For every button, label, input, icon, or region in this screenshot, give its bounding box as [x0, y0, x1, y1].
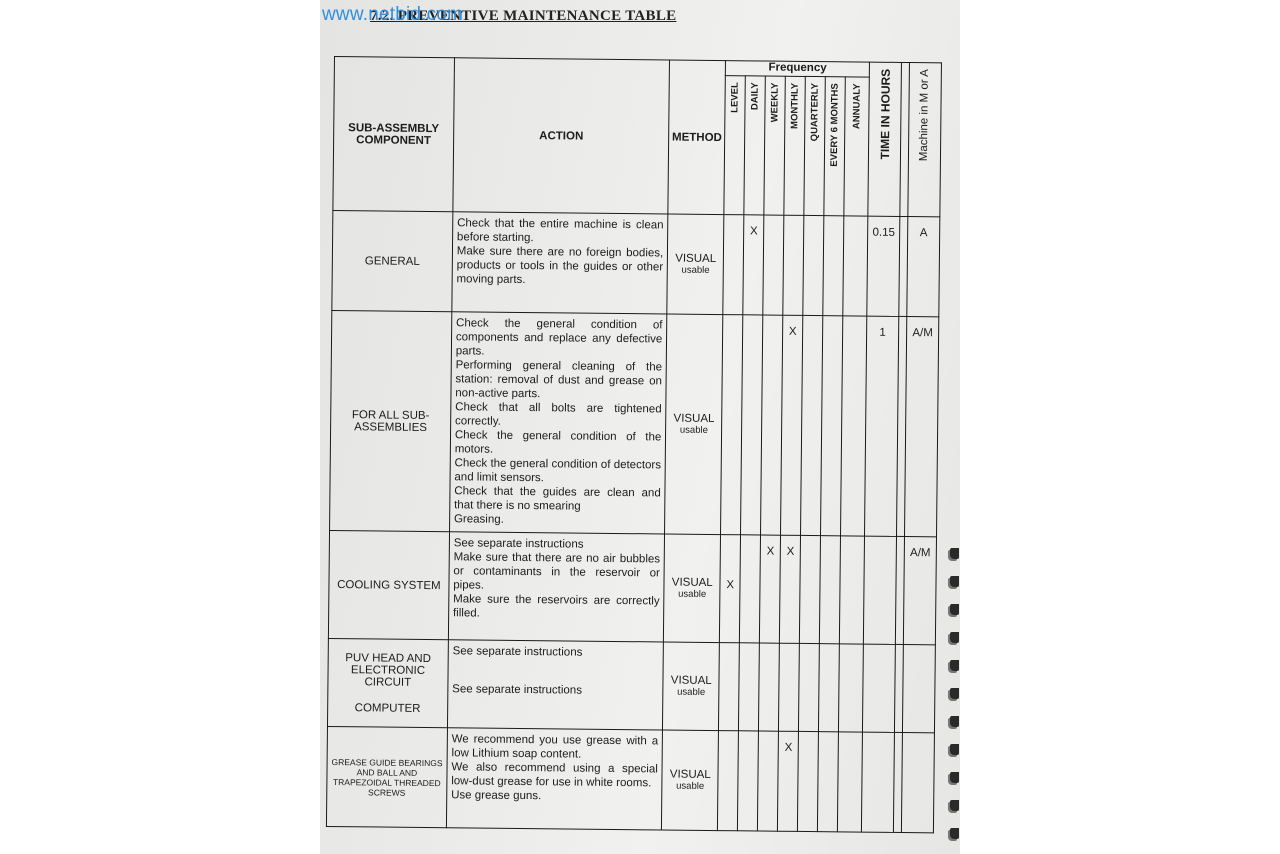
component-cell: FOR ALL SUB-ASSEMBLIES — [330, 310, 452, 531]
header-time: TIME IN HOURS — [868, 62, 902, 216]
header-freq-level: LEVEL — [724, 76, 745, 215]
machine-cell — [902, 644, 935, 732]
spiral-binding-icon — [950, 632, 959, 643]
frequency-mark — [843, 216, 868, 316]
header-time-label: TIME IN HOURS — [877, 63, 892, 166]
table-row: GREASE GUIDE BEARINGS AND BALL AND TRAPE… — [326, 726, 934, 832]
header-component: SUB-ASSEMBLY COMPONENT — [333, 57, 454, 212]
frequency-mark: X — [780, 535, 801, 643]
frequency-mark — [779, 643, 800, 731]
method-cell: VISUALusable — [665, 314, 723, 535]
component-cell: PUV HEAD AND ELECTRONIC CIRCUITCOMPUTER — [327, 638, 448, 727]
frequency-mark — [803, 215, 824, 315]
time-cell — [863, 536, 896, 644]
time-cell — [861, 732, 894, 832]
frequency-mark: X — [743, 215, 764, 315]
header-freq-every-6-months: EVERY 6 MONTHS — [824, 77, 845, 216]
header-freq-daily: DAILY — [744, 76, 765, 215]
machine-cell: A — [907, 217, 940, 317]
frequency-mark — [823, 216, 844, 316]
header-action: ACTION — [453, 58, 670, 214]
header-freq-annualy: ANNUALY — [844, 77, 869, 216]
frequency-mark — [740, 535, 761, 643]
spiral-binding-icon — [950, 660, 959, 671]
frequency-mark — [718, 731, 739, 831]
header-freq-label: WEEKLY — [769, 77, 781, 129]
table-row: COOLING SYSTEMSee separate instructionsM… — [328, 530, 936, 644]
table-row: FOR ALL SUB-ASSEMBLIESCheck the general … — [330, 310, 939, 536]
component-cell: GENERAL — [332, 210, 453, 311]
action-cell: Check the general condition of component… — [449, 312, 667, 534]
frequency-mark — [801, 315, 823, 535]
frequency-mark — [741, 315, 763, 535]
frequency-mark — [800, 535, 821, 643]
table-row: PUV HEAD AND ELECTRONIC CIRCUITCOMPUTERS… — [327, 638, 935, 732]
machine-cell: A/M — [904, 317, 938, 537]
method-cell: VISUALusable — [664, 534, 721, 643]
header-freq-label: EVERY 6 MONTHS — [829, 77, 841, 173]
frequency-mark — [819, 536, 840, 644]
machine-cell: A/M — [903, 537, 936, 645]
time-cell — [862, 644, 895, 732]
component-cell: GREASE GUIDE BEARINGS AND BALL AND TRAPE… — [326, 726, 447, 827]
spiral-binding-icon — [950, 772, 959, 783]
spiral-binding-icon — [950, 548, 959, 559]
header-freq-quarterly: QUARTERLY — [804, 76, 825, 215]
frequency-mark — [839, 644, 864, 732]
frequency-mark — [739, 643, 760, 731]
frequency-mark — [783, 215, 804, 315]
maintenance-table: SUB-ASSEMBLY COMPONENT ACTION METHOD Fre… — [326, 56, 942, 833]
component-cell: COOLING SYSTEM — [328, 530, 449, 639]
spiral-binding-icon — [950, 688, 959, 699]
table-row: GENERALCheck that the entire machine is … — [332, 210, 940, 316]
header-freq-monthly: MONTHLY — [784, 76, 805, 215]
frequency-mark: X — [720, 535, 741, 643]
frequency-mark — [761, 315, 783, 535]
watermark: www.netbid.com — [322, 4, 463, 26]
action-cell: We recommend you use grease with a low L… — [446, 728, 663, 830]
header-freq-label: LEVEL — [730, 76, 741, 119]
header-freq-label: ANNUALY — [851, 77, 863, 135]
frequency-mark — [818, 732, 839, 832]
header-freq-label: DAILY — [750, 76, 761, 116]
frequency-mark: X — [760, 535, 781, 643]
frequency-mark — [738, 731, 759, 831]
action-cell: See separate instructionsSee separate in… — [447, 640, 663, 730]
header-method: METHOD — [668, 60, 726, 215]
header-freq-label: QUARTERLY — [809, 77, 821, 147]
method-cell: VISUALusable — [662, 730, 719, 831]
frequency-mark — [841, 316, 867, 536]
frequency-mark — [719, 643, 740, 731]
frequency-mark — [758, 731, 779, 831]
frequency-mark — [763, 215, 784, 315]
header-machine: Machine in M or A — [908, 63, 942, 217]
frequency-mark — [819, 644, 840, 732]
frequency-mark — [721, 315, 743, 535]
header-freq-weekly: WEEKLY — [764, 76, 785, 215]
spiral-binding-icon — [950, 716, 959, 727]
frequency-mark — [723, 215, 744, 315]
frequency-mark — [759, 643, 780, 731]
header-frequency: Frequency — [726, 61, 870, 78]
frequency-mark — [837, 732, 862, 832]
frequency-mark — [821, 316, 843, 536]
action-cell: Check that the entire machine is clean b… — [452, 212, 669, 314]
frequency-mark — [798, 731, 819, 831]
spiral-binding-icon — [950, 800, 959, 811]
frequency-mark: X — [778, 731, 799, 831]
time-cell: 1 — [865, 316, 899, 536]
time-cell: 0.15 — [867, 216, 900, 316]
spiral-binding-icon — [950, 576, 959, 587]
header-freq-label: MONTHLY — [789, 77, 801, 135]
action-cell: See separate instructionsMake sure that … — [448, 532, 665, 642]
spiral-binding-icon — [950, 828, 959, 839]
frequency-mark — [799, 643, 820, 731]
spiral-binding-icon — [950, 604, 959, 615]
spiral-binding-icon — [950, 744, 959, 755]
header-machine-label: Machine in M or A — [918, 63, 931, 167]
method-cell: VISUALusable — [667, 214, 724, 315]
frequency-mark: X — [781, 315, 803, 535]
method-cell: VISUALusable — [663, 642, 720, 731]
machine-cell — [901, 732, 934, 832]
frequency-mark — [839, 536, 864, 644]
